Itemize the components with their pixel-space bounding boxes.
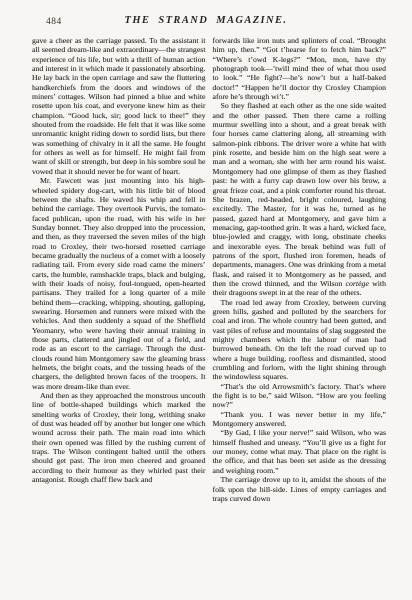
paragraph: The road led away from Croxley, between …	[213, 298, 387, 382]
paragraph: “By Gad, I like your nerve!” said Wilson…	[213, 428, 387, 475]
italic-text: cortège	[346, 279, 369, 288]
magazine-page: 484 THE STRAND MAGAZINE. gave a cheer as…	[0, 0, 412, 600]
text-segment: The road led away from Croxley, between …	[213, 298, 387, 382]
paragraph: gave a cheer as the carriage passed. To …	[32, 36, 206, 176]
text-segment: The carriage drove up to it, amidst the …	[213, 475, 387, 503]
paragraph: And then as they approached the monstrou…	[32, 391, 206, 484]
text-segment: So they flashed at each other as the one…	[213, 101, 387, 288]
text-segment: “By Gad, I like your nerve!” said Wilson…	[213, 428, 387, 474]
paragraph: “That’s the old Arrowsmith’s factory. Th…	[213, 382, 387, 410]
paragraph: The carriage drove up to it, amidst the …	[213, 475, 387, 503]
paragraph: forwards like iron nuts and splinters of…	[213, 36, 387, 101]
column-left: gave a cheer as the carriage passed. To …	[32, 36, 206, 503]
running-title: THE STRAND MAGAZINE.	[0, 15, 412, 26]
paragraph: So they flashed at each other as the one…	[213, 101, 387, 297]
text-segment: Mr. Fawcett was just mounting into his h…	[32, 176, 206, 391]
text-segment: gave a cheer as the carriage passed. To …	[32, 36, 206, 176]
paragraph: Mr. Fawcett was just mounting into his h…	[32, 176, 206, 391]
text-segment: “That’s the old Arrowsmith’s factory. Th…	[213, 382, 387, 410]
text-segment: forwards like iron nuts and splinters of…	[213, 36, 387, 101]
text-segment: And then as they approached the monstrou…	[32, 391, 206, 484]
text-segment: “Thank you. I was never better in my lif…	[213, 410, 387, 428]
column-right: forwards like iron nuts and splinters of…	[213, 36, 387, 503]
paragraph: “Thank you. I was never better in my lif…	[213, 410, 387, 429]
text-columns: gave a cheer as the carriage passed. To …	[32, 36, 386, 503]
